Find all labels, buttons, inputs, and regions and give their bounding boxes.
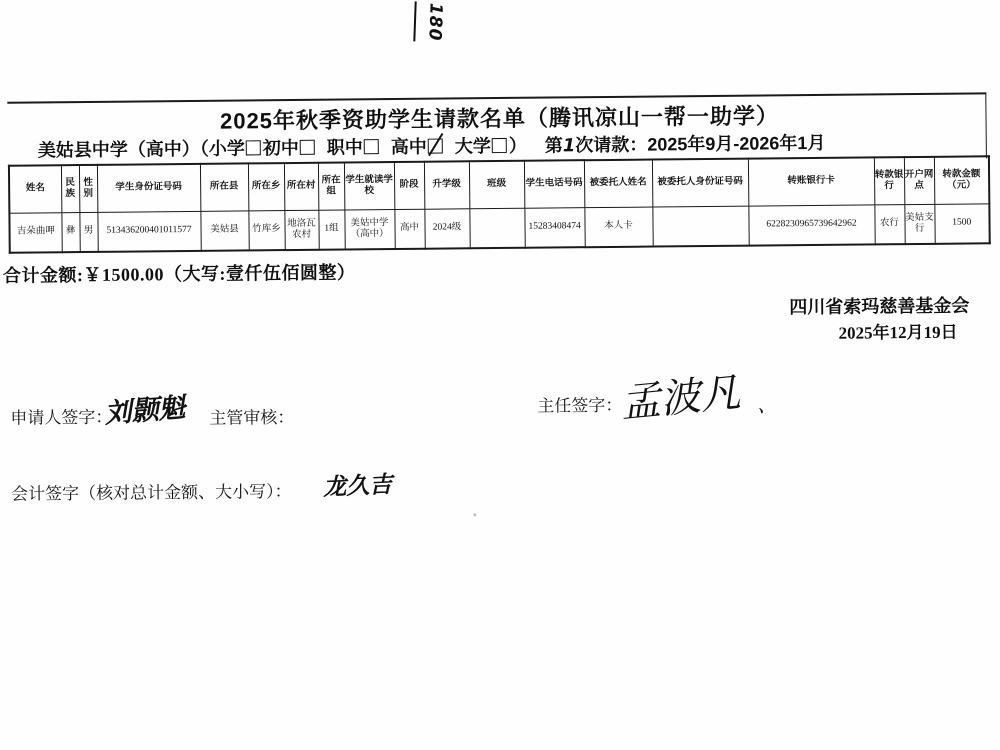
col-header-group: 所在组 [318,162,344,210]
checkbox-university-unchecked-icon [492,138,507,153]
level-option-primary: 小学 [209,138,263,159]
level-option-vocational: 职中 [327,137,381,158]
cell-ethnicity: 彝 [61,213,79,253]
cell-gender: 男 [79,212,97,252]
cell-county: 美姑县 [200,211,248,251]
level-option-highschool: 高中 [391,137,445,158]
cell-name: 吉朵曲呷 [9,213,61,253]
col-header-gender: 性别 [79,165,97,213]
cell-school: 美姑中学（高中） [344,210,394,250]
col-header-village: 所在村 [284,163,318,211]
cell-trustee-id [652,206,748,246]
applicant-handwritten-signature: 刘颢魁 [103,385,187,430]
col-header-class: 班级 [469,161,524,209]
col-header-branch: 开户网点 [904,157,934,205]
cell-trustee-name: 本人卡 [584,207,652,247]
checkbox-vocational-unchecked-icon [364,139,379,154]
form-sheet: 2025年秋季资助学生请款名单（腾讯凉山一帮一助学） 美姑县中学（高中）（小学初… [0,0,1000,750]
director-signature-stray-mark: 、 [756,388,780,419]
table-row: 吉朵曲呷 彝 男 513436200401011577 美姑县 竹库乡 地洛瓦农… [9,204,989,253]
level-label: 初中 [263,138,299,158]
col-header-school: 学生就读学校 [344,162,394,210]
cell-amount: 1500 [934,204,989,244]
col-header-grade: 升学级 [424,161,469,209]
col-header-bank-card: 转账银行卡 [748,157,874,206]
scanned-form-page: 180 2025年秋季资助学生请款名单（腾讯凉山一帮一助学） 美姑县中学（高中）… [0,0,1000,750]
scan-artifact-dot [473,513,476,516]
col-header-ethnicity: 民族 [61,165,79,213]
director-handwritten-signature: 孟波凡 [618,361,743,429]
level-option-middle: 初中 [263,138,317,159]
request-count-suffix: 次请款：2025年9月-2026年1月 [575,133,825,155]
col-header-phone: 学生电话号码 [524,160,584,208]
cell-bank: 农行 [874,205,904,245]
col-header-bank: 转款银行 [874,157,904,205]
accountant-handwritten-signature: 龙久吉 [322,466,392,502]
col-header-amount: 转款金额（元） [934,156,989,204]
student-payment-table: 姓名 民族 性别 学生身份证号码 所在县 所在乡 所在村 所在组 学生就读学校 … [8,155,991,253]
cell-village: 地洛瓦农村 [284,210,318,250]
school-name-label: 美姑县中学（高中）（ [38,139,209,161]
cell-grade: 2024级 [424,209,469,249]
cell-stage: 高中 [394,209,424,249]
col-header-township: 所在乡 [248,163,284,211]
col-header-trustee-id: 被委托人身份证号码 [652,159,748,207]
cell-class [469,208,524,248]
checkbox-primary-unchecked-icon [246,140,261,155]
col-header-county: 所在县 [200,163,248,211]
level-label: 高中 [391,137,427,157]
cell-group: 1组 [318,210,344,250]
checkbox-highschool-checked-icon [428,139,443,154]
handwritten-request-number: 1 [563,135,576,156]
level-label: 大学 [455,136,491,156]
cell-phone: 15283408474 [524,208,584,248]
accountant-signature-label: 会计签字（核对总计金额、大小写）： [11,477,292,505]
director-signature-label: 主任签字： [537,391,622,417]
col-header-student-id: 学生身份证号码 [97,164,200,212]
col-header-stage: 阶段 [394,162,424,210]
cell-township: 竹库乡 [248,211,284,251]
cell-branch: 美姑支行 [904,204,934,244]
request-count-prefix: 第 [545,135,563,155]
checkbox-middle-unchecked-icon [300,140,315,155]
level-option-university: 大学 [455,136,509,157]
applicant-signature-label: 申请人签字： [10,403,112,429]
level-label: 职中 [327,137,363,157]
col-header-name: 姓名 [9,165,61,213]
paren-close: ） [509,136,527,156]
cell-bank-card: 6228230965739642962 [748,205,874,246]
col-header-trustee-name: 被委托人姓名 [584,160,652,208]
level-label: 小学 [209,138,245,158]
supervisor-review-label: 主管审核： [209,403,294,429]
total-amount-line: 合计金额:￥1500.00（大写:壹仟伍佰圆整） [3,258,356,287]
cell-student-id: 513436200401011577 [97,211,200,251]
